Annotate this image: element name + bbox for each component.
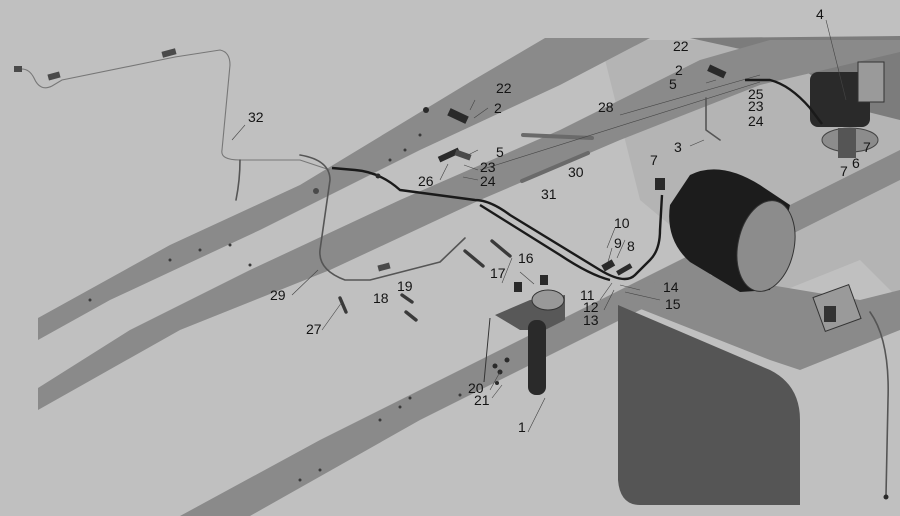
callout-15: 15 xyxy=(665,296,681,312)
callout-30: 30 xyxy=(568,164,584,180)
callout-7-left: 7 xyxy=(650,152,658,168)
callout-5-left: 5 xyxy=(496,144,504,160)
callout-14: 14 xyxy=(663,279,679,295)
parts-diagram: 1 2 2 3 4 5 5 6 7 7 7 8 9 10 11 12 13 14… xyxy=(0,0,900,516)
callout-25: 25 xyxy=(748,86,764,102)
callout-28: 28 xyxy=(598,99,614,115)
callout-2-left: 2 xyxy=(494,100,502,116)
callout-6: 6 xyxy=(852,155,860,171)
callout-31: 31 xyxy=(541,186,557,202)
callout-13: 13 xyxy=(583,312,599,328)
callout-9: 9 xyxy=(614,235,622,251)
callout-17: 17 xyxy=(490,265,506,281)
callout-24-left: 24 xyxy=(480,173,496,189)
callout-1: 1 xyxy=(518,419,526,435)
callout-24-right: 24 xyxy=(748,113,764,129)
callout-4: 4 xyxy=(816,6,824,22)
callout-22-left: 22 xyxy=(496,80,512,96)
callout-22-right: 22 xyxy=(673,38,689,54)
callout-26: 26 xyxy=(418,173,434,189)
callout-32: 32 xyxy=(248,109,264,125)
callout-21: 21 xyxy=(474,392,490,408)
callout-10: 10 xyxy=(614,215,630,231)
callout-27: 27 xyxy=(306,321,322,337)
callout-18: 18 xyxy=(373,290,389,306)
callout-16: 16 xyxy=(518,250,534,266)
callout-8: 8 xyxy=(627,238,635,254)
callout-7-right: 7 xyxy=(863,139,871,155)
callout-19: 19 xyxy=(397,278,413,294)
callout-3: 3 xyxy=(674,139,682,155)
callout-7-lower: 7 xyxy=(840,163,848,179)
callout-29: 29 xyxy=(270,287,286,303)
callout-5-right: 5 xyxy=(669,76,677,92)
